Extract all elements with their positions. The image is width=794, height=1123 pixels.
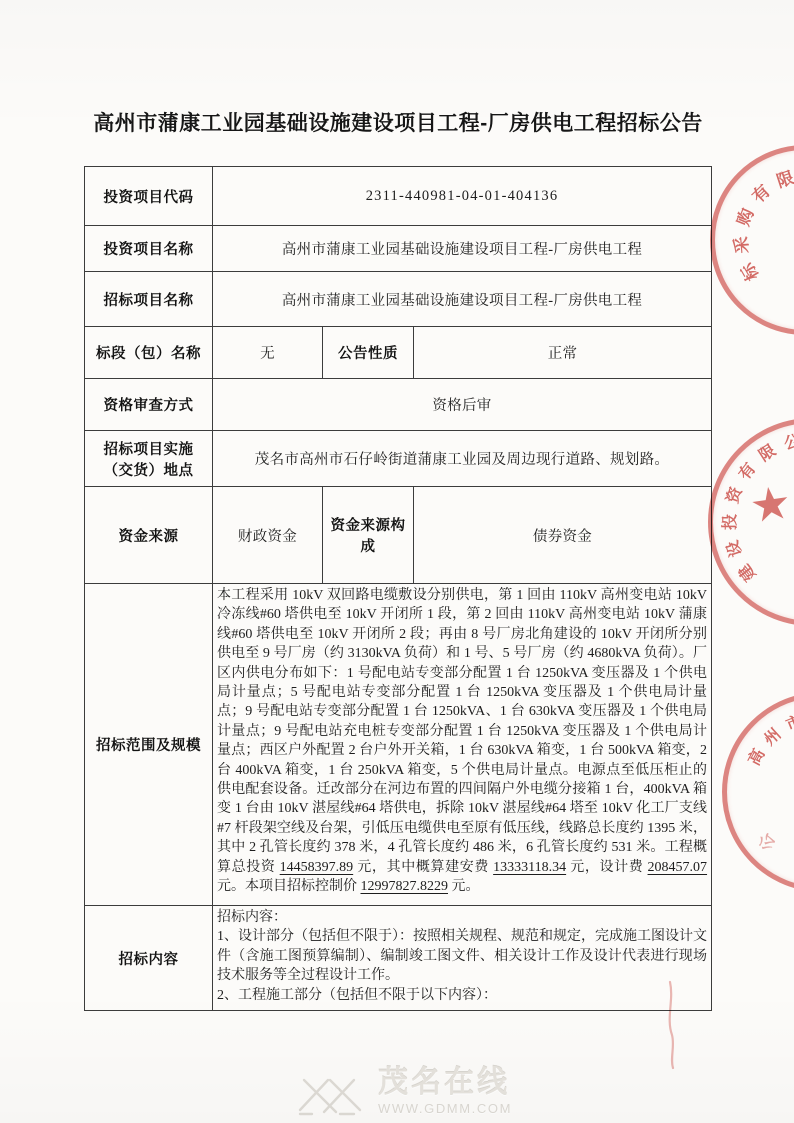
row-label: 招标范围及规模	[85, 584, 213, 906]
tender-info-table: 投资项目代码 2311-440981-04-01-404136 投资项目名称 高…	[84, 166, 712, 1011]
row-label: 标段（包）名称	[85, 327, 213, 379]
table-row-tender-name: 招标项目名称 高州市蒲康工业园基础设施建设项目工程-厂房供电工程	[85, 272, 712, 327]
table-row-location: 招标项目实施 （交货）地点 茂名市高州市石仔岭街道蒲康工业园及周边现行道路、规划…	[85, 431, 712, 487]
content-line: 1、设计部分（包括但不限于）：按照相关规程、规范和规定，完成施工图设计文件（含施…	[217, 927, 707, 985]
scope-seg: 元，设计费	[566, 860, 647, 875]
row-value2: 债券资金	[414, 487, 712, 584]
row-value: 资格后审	[213, 379, 712, 431]
row-label2: 资金来源构成	[323, 487, 414, 584]
row-label-line1: 招标项目实施	[89, 438, 208, 459]
row-label: 投资项目代码	[85, 167, 213, 226]
content-line: 2、工程施工部分（包括但不限于以下内容）：	[217, 986, 707, 1005]
row-value: 高州市蒲康工业园基础设施建设项目工程-厂房供电工程	[213, 272, 712, 327]
watermark-text: 茂名在线 WWW.GDMM.COM	[378, 1068, 512, 1116]
scope-total-investment: 14458397.89	[280, 860, 354, 875]
table-row-funding: 资金来源 财政资金 资金来源构成 债券资金	[85, 487, 712, 584]
row-label2: 公告性质	[323, 327, 414, 379]
official-seal-bottom: 高州市 公	[722, 692, 794, 892]
scanned-document-page: 高州市蒲康工业园基础设施建设项目工程-厂房供电工程招标公告 投资项目代码 231…	[0, 0, 794, 1123]
scope-seg: 元。本项目招标控制价	[217, 879, 361, 894]
scope-seg: 元，其中概算建安费	[353, 860, 493, 875]
official-seal-top: 标采购有限	[710, 145, 794, 335]
row-label-line2: （交货）地点	[89, 459, 208, 480]
site-watermark: 茂名在线 WWW.GDMM.COM	[296, 1068, 512, 1118]
watermark-site-name: 茂名在线	[378, 1068, 512, 1098]
table-row-scope: 招标范围及规模 本工程采用 10kV 双回路电缆敷设分别供电，第 1 回由 11…	[85, 584, 712, 906]
row-value: 高州市蒲康工业园基础设施建设项目工程-厂房供电工程	[213, 226, 712, 272]
row-value: 茂名市高州市石仔岭街道蒲康工业园及周边现行道路、规划路。	[213, 431, 712, 487]
table-row-project-code: 投资项目代码 2311-440981-04-01-404136	[85, 167, 712, 226]
watermark-site-url: WWW.GDMM.COM	[378, 1101, 512, 1116]
row-label: 投资项目名称	[85, 226, 213, 272]
scope-seg: 本工程采用 10kV 双回路电缆敷设分别供电，第 1 回由 110kV 高州变电…	[217, 588, 707, 875]
row-label: 招标项目名称	[85, 272, 213, 327]
row-value: 财政资金	[213, 487, 323, 584]
row-label: 资格审查方式	[85, 379, 213, 431]
maoming-online-logo-icon	[296, 1068, 368, 1118]
scope-control-price: 12997827.8229	[361, 879, 449, 894]
page-title: 高州市蒲康工业园基础设施建设项目工程-厂房供电工程招标公告	[87, 112, 709, 136]
row-label: 招标内容	[85, 906, 213, 1011]
table-row-invest-name: 投资项目名称 高州市蒲康工业园基础设施建设项目工程-厂房供电工程	[85, 226, 712, 272]
table-row-content: 招标内容 招标内容： 1、设计部分（包括但不限于）：按照相关规程、规范和规定，完…	[85, 906, 712, 1011]
row-value: 2311-440981-04-01-404136	[213, 167, 712, 226]
official-seal-middle: 建设投资有限公 ★	[708, 418, 794, 626]
red-pen-mark	[660, 980, 684, 1070]
content-line: 招标内容：	[217, 908, 707, 927]
scope-seg: 元。	[448, 879, 480, 894]
scope-construction-cost: 13333118.34	[493, 860, 566, 875]
table-row-section: 标段（包）名称 无 公告性质 正常	[85, 327, 712, 379]
content-text: 招标内容： 1、设计部分（包括但不限于）：按照相关规程、规范和规定，完成施工图设…	[213, 906, 712, 1011]
row-value2: 正常	[414, 327, 712, 379]
table-row-qualification: 资格审查方式 资格后审	[85, 379, 712, 431]
scope-design-fee: 208457.07	[648, 860, 708, 875]
star-icon: ★	[747, 479, 794, 530]
row-label: 资金来源	[85, 487, 213, 584]
row-value: 无	[213, 327, 323, 379]
scope-text: 本工程采用 10kV 双回路电缆敷设分别供电，第 1 回由 110kV 高州变电…	[213, 584, 712, 906]
row-label: 招标项目实施 （交货）地点	[85, 431, 213, 487]
